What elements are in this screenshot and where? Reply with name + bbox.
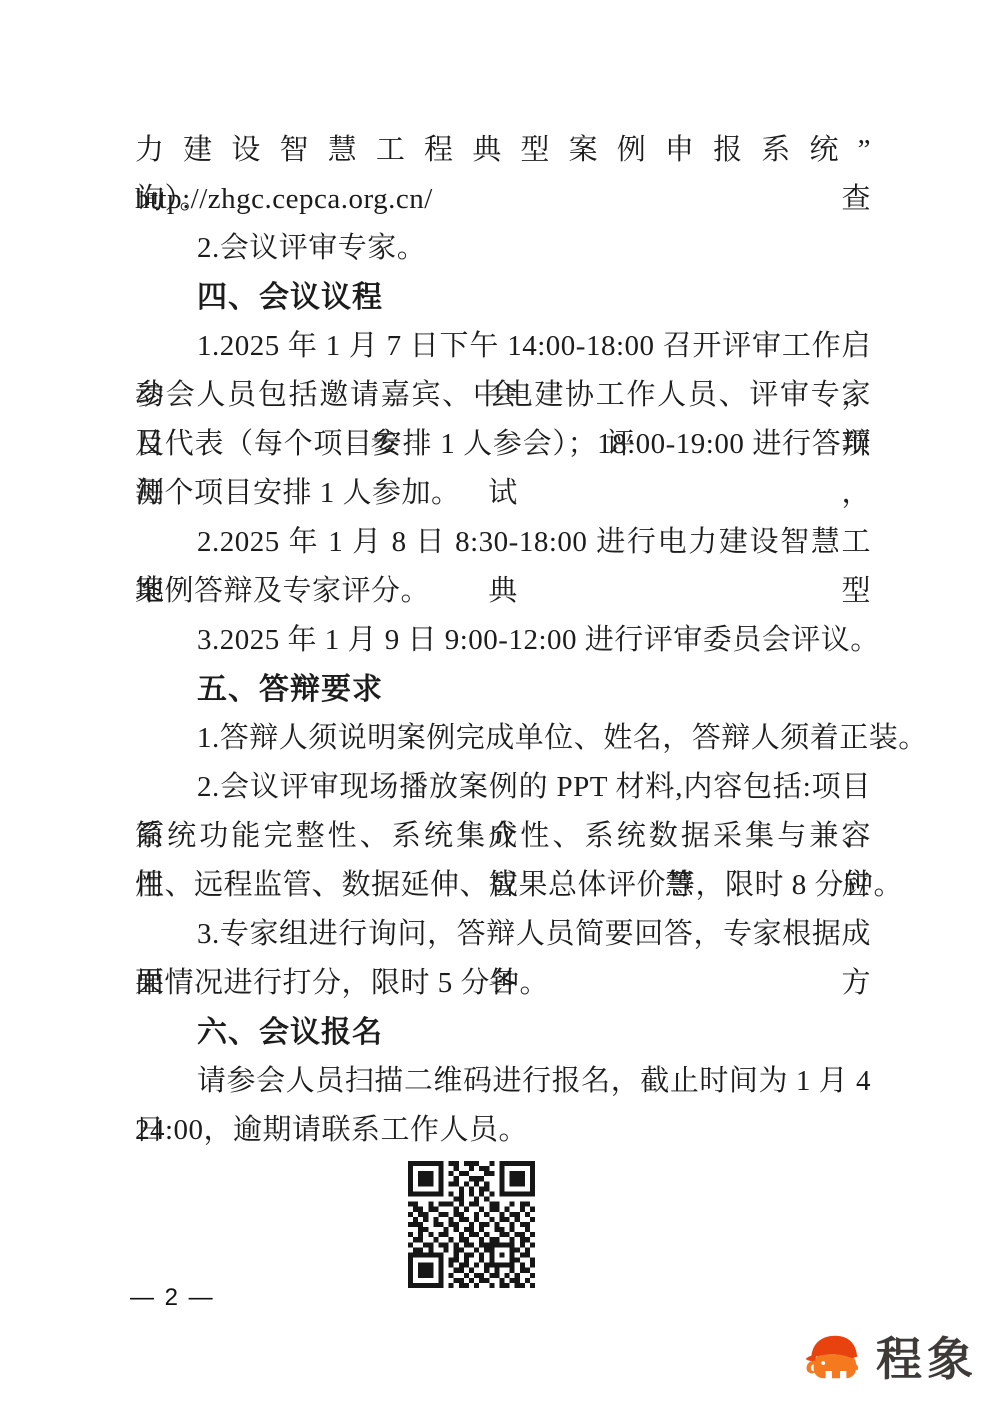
document-page: 力建设智慧工程典型案例申报系统”http://zhgc.cepca.org.cn… [0, 0, 992, 1403]
logo-text: 程象 [876, 1336, 978, 1382]
chengxiang-logo: 程象 [804, 1320, 978, 1398]
text-line: 力建设智慧工程典型案例申报系统”http://zhgc.cepca.org.cn… [135, 126, 871, 175]
text-line: 目代表（每个项目安排 1 人参会）；18:00-19:00 进行答辩测试， [135, 420, 871, 469]
text-line: 1.2025 年 1 月 7 日下午 14:00-18:00 召开评审工作启动会… [135, 322, 871, 371]
text-line: 3.专家组进行询问，答辩人员简要回答，专家根据成果各方 [135, 910, 871, 959]
text-line: 2.会议评审现场播放案例的 PPT 材料,内容包括:项目简介、 [135, 763, 871, 812]
text-line: 3.2025 年 1 月 9 日 9:00-12:00 进行评审委员会评议。 [135, 616, 871, 665]
text-line: 1.答辩人须说明案例完成单位、姓名，答辩人须着正装。 [135, 714, 871, 763]
text-line: 2.2025 年 1 月 8 日 8:30-18:00 进行电力建设智慧工地典型 [135, 518, 871, 567]
text-line: 24:00，逾期请联系工作人员。 [135, 1106, 871, 1155]
section-heading: 四、会议议程 [135, 273, 871, 322]
document-text: 力建设智慧工程典型案例申报系统”http://zhgc.cepca.org.cn… [135, 126, 871, 1155]
elephant-icon [804, 1330, 868, 1388]
text-line: 用、远程监管、数据延伸、成果总体评价等，限时 8 分钟。 [135, 861, 871, 910]
qr-code-image [408, 1161, 535, 1288]
text-line: 2.会议评审专家。 [135, 224, 871, 273]
section-heading: 六、会议报名 [135, 1008, 871, 1057]
text-line: 请参会人员扫描二维码进行报名，截止时间为 1 月 4 日 [135, 1057, 871, 1106]
registration-qr-code [408, 1161, 535, 1288]
section-heading: 五、答辩要求 [135, 665, 871, 714]
text-line: 系统功能完整性、系统集成性、系统数据采集与兼容性、智慧应 [135, 812, 871, 861]
text-line: 参会人员包括邀请嘉宾、中电建协工作人员、评审专家及参评项 [135, 371, 871, 420]
page-number: — 2 — [130, 1284, 215, 1312]
